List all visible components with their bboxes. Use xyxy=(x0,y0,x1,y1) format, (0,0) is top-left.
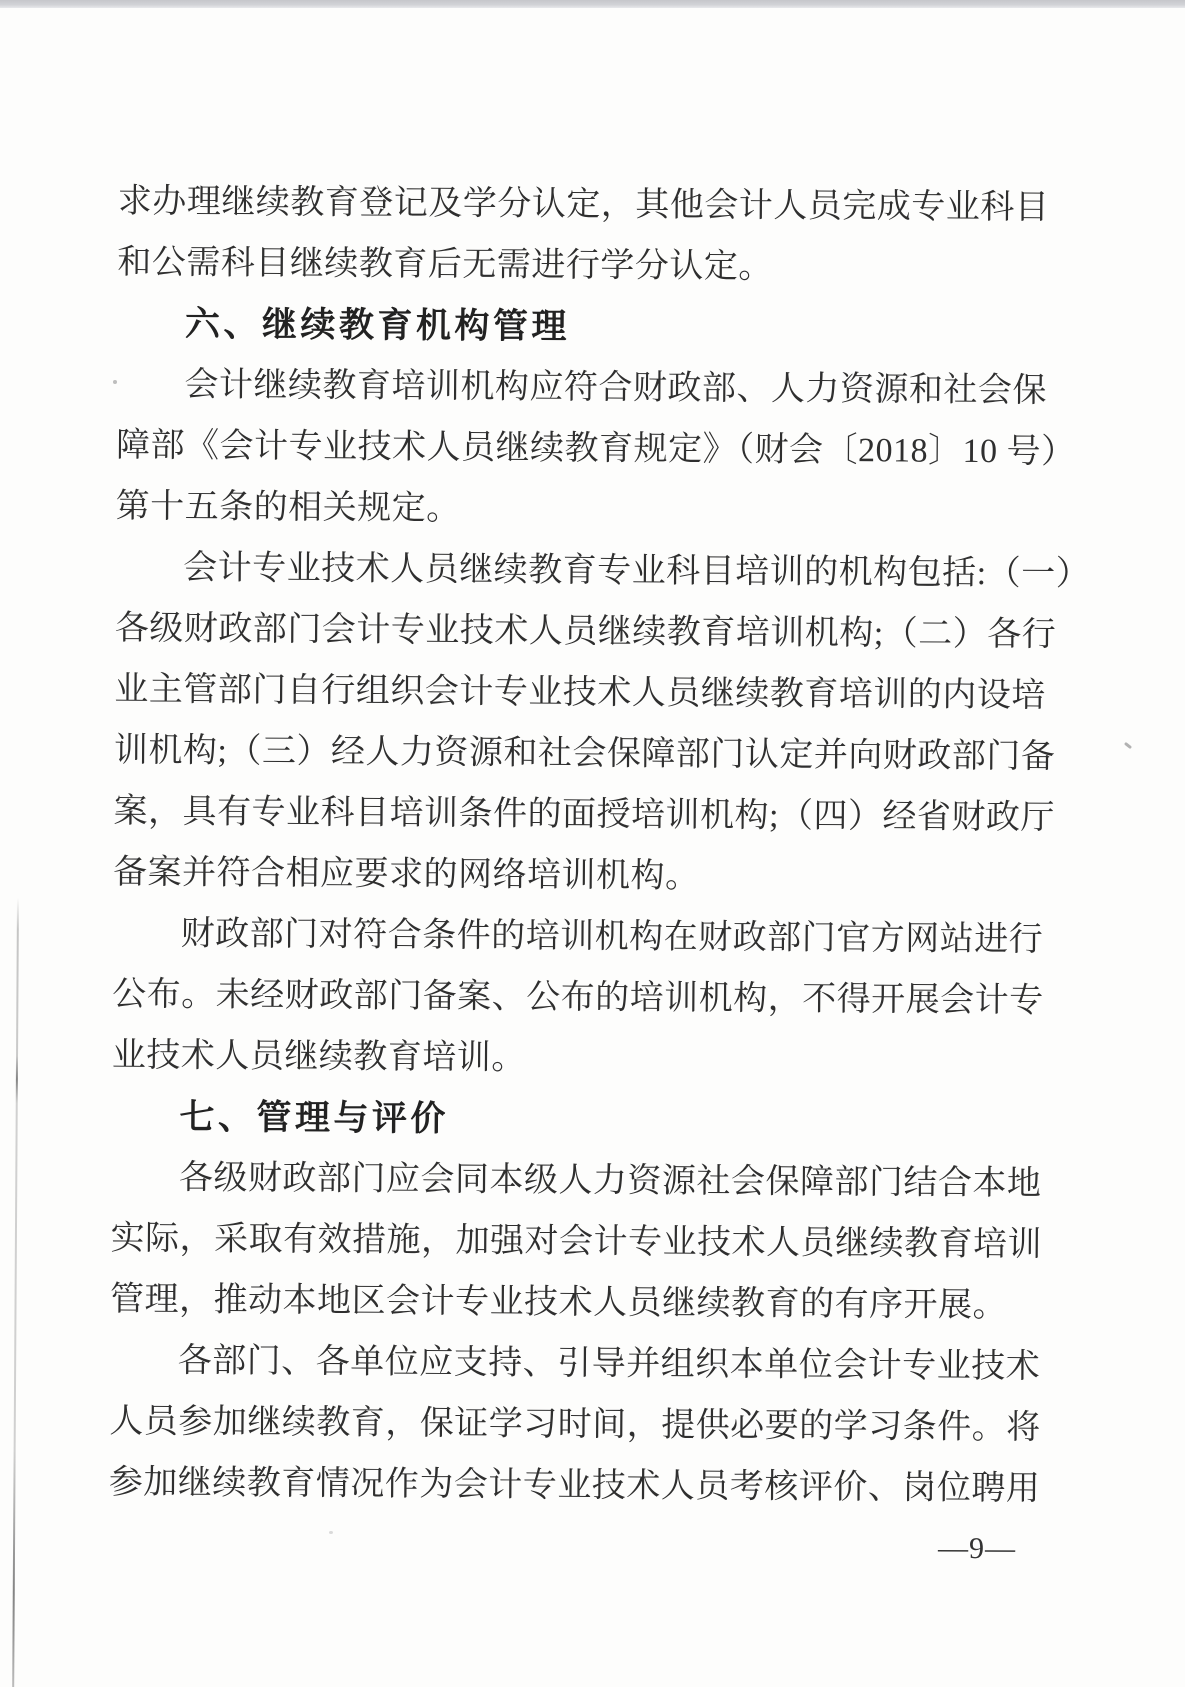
text-line: 会计专业技术人员继续教育专业科目培训的机构包括:（一） xyxy=(115,537,1011,604)
scanner-edge-strip xyxy=(0,0,1185,8)
page-number: —9— xyxy=(938,1532,1016,1566)
text-line: 训机构;（三）经人力资源和社会保障部门认定并向财政部门备 xyxy=(114,720,1010,787)
section-heading-7: 七、管理与评价 xyxy=(111,1086,1007,1153)
text-line: 和公需科目继续教育后无需进行学分认定。 xyxy=(117,232,1013,299)
text-line: 障部《会计专业技术人员继续教育规定》（财会〔2018〕10 号） xyxy=(116,415,1012,482)
text-line: 业主管部门自行组织会计专业技术人员继续教育培训的内设培 xyxy=(114,659,1010,726)
text-line: 各级财政部门应会同本级人力资源社会保障部门结合本地 xyxy=(111,1147,1007,1214)
text-line: 各部门、各单位应支持、引导并组织本单位会计专业技术 xyxy=(109,1330,1005,1397)
ink-speck xyxy=(113,380,117,384)
text-line: 参加继续教育情况作为会计专业技术人员考核评价、岗位聘用 xyxy=(109,1452,1005,1519)
text-line: 管理，推动本地区会计专业技术人员继续教育的有序开展。 xyxy=(110,1269,1006,1336)
text-line: 业技术人员继续教育培训。 xyxy=(112,1025,1008,1092)
page-body-text: 求办理继续教育登记及学分认定，其他会计人员完成专业科目 和公需科目继续教育后无需… xyxy=(109,171,1014,1519)
text-line: 备案并符合相应要求的网络培训机构。 xyxy=(113,842,1009,909)
ink-speck xyxy=(329,1531,333,1534)
ink-speck xyxy=(1124,742,1132,749)
text-line: 案，具有专业科目培训条件的面授培训机构;（四）经省财政厅 xyxy=(113,781,1009,848)
text-line: 求办理继续教育登记及学分认定，其他会计人员完成专业科目 xyxy=(118,171,1014,238)
text-line: 人员参加继续教育，保证学习时间，提供必要的学习条件。将 xyxy=(109,1391,1005,1458)
paper-fold-artifact xyxy=(12,898,19,1687)
text-line: 会计继续教育培训机构应符合财政部、人力资源和社会保 xyxy=(116,354,1012,421)
text-line: 第十五条的相关规定。 xyxy=(115,476,1011,543)
text-line: 财政部门对符合条件的培训机构在财政部门官方网站进行 xyxy=(112,903,1008,970)
section-heading-6: 六、继续教育机构管理 xyxy=(117,293,1013,360)
text-line: 公布。未经财政部门备案、公布的培训机构，不得开展会计专 xyxy=(112,964,1008,1031)
text-line: 实际，采取有效措施，加强对会计专业技术人员继续教育培训 xyxy=(110,1208,1006,1275)
scanned-document-page: { "colors": { "ink": "#2f2f2f", "paper":… xyxy=(0,0,1185,1687)
text-line: 各级财政部门会计专业技术人员继续教育培训机构;（二）各行 xyxy=(115,598,1011,665)
